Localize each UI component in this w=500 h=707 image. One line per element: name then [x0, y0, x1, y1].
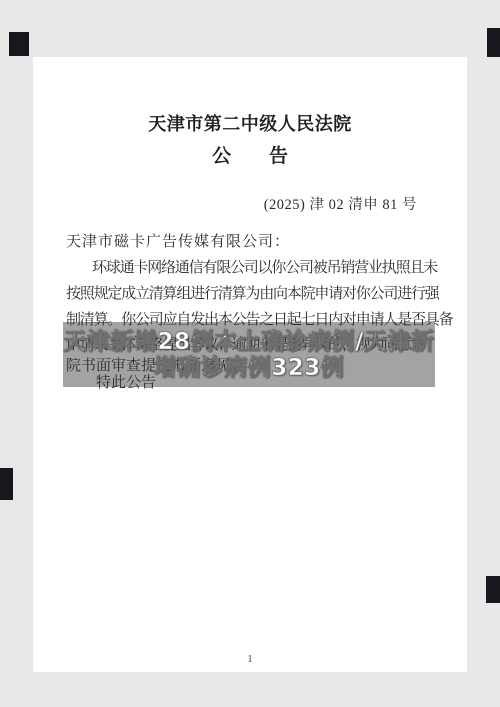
- page-number: 1: [0, 653, 500, 665]
- notice-title: 公 告: [0, 146, 500, 168]
- scan-artifact-top-left: [9, 32, 29, 56]
- headline-line2: 增确诊病例323例: [154, 355, 345, 381]
- news-headline-overlay: 天津新增28例本土确诊病例/天津新 增确诊病例323例: [63, 322, 435, 387]
- headline-line1: 天津新增28例本土确诊病例/天津新: [64, 329, 435, 355]
- court-name-title: 天津市第二中级人民法院: [0, 112, 500, 136]
- scan-background: 天津市第二中级人民法院 公 告 (2025) 津 02 清申 81 号 天津市磁…: [0, 0, 500, 707]
- scan-artifact-top-right: [487, 28, 500, 57]
- body-line-1: 环球通卡网络通信有限公司以你公司被吊销营业执照且未: [92, 260, 437, 277]
- body-line-2: 按照规定成立清算组进行清算为由向本院申请对你公司进行强: [66, 286, 439, 303]
- scan-artifact-left-edge: [0, 468, 13, 500]
- scan-artifact-right-edge: [486, 576, 500, 603]
- recipient-line: 天津市磁卡广告传媒有限公司：: [66, 234, 290, 251]
- case-number: (2025) 津 02 清申 81 号: [264, 193, 417, 214]
